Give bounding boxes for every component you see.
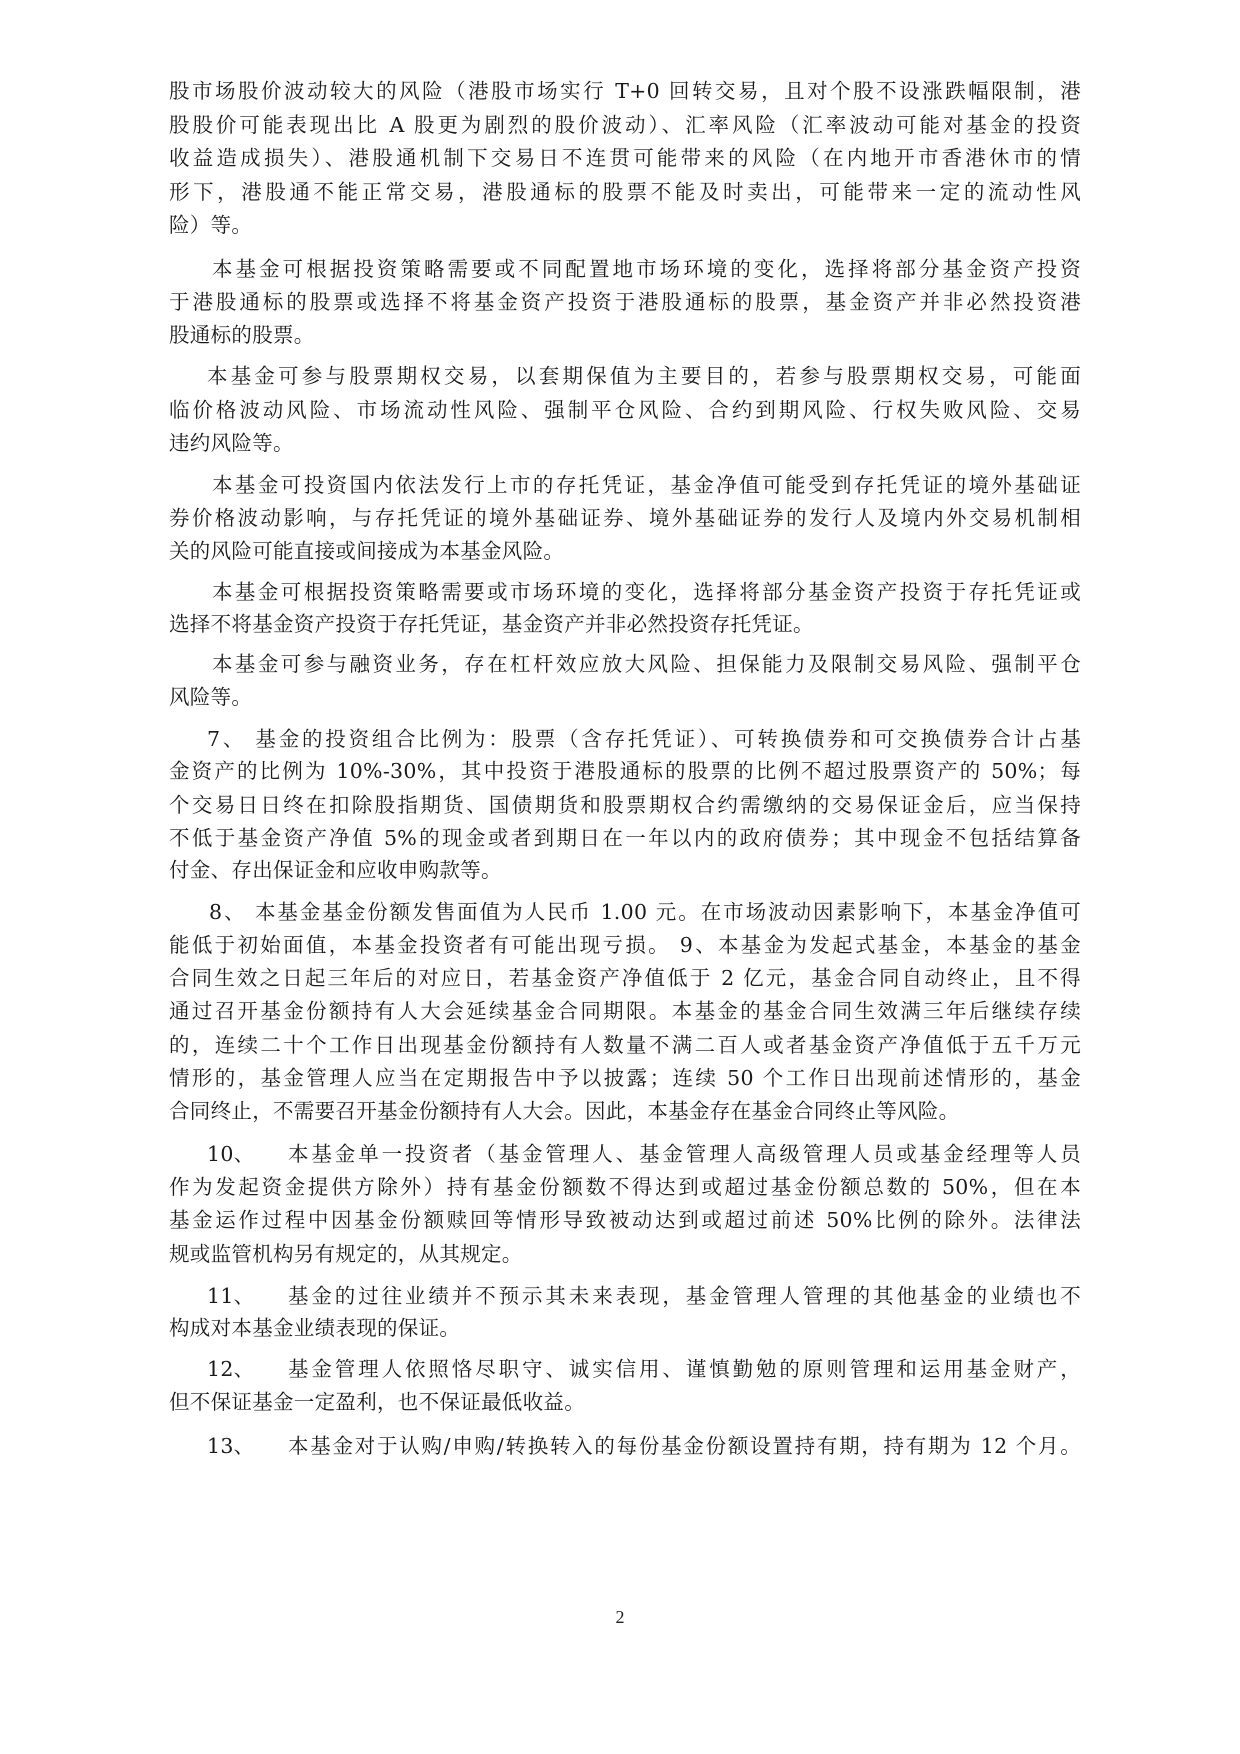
text-line: 临价格波动风险、市场流动性风险、强制平仓风险、合约到期风险、行权失败风险、交易: [169, 395, 1081, 425]
text-line: 股市场股价波动较大的风险（港股市场实行 T+0 回转交易，且对个股不设涨跌幅限制…: [169, 76, 1081, 106]
text-line: 基金的过往业绩并不预示其未来表现，基金管理人管理的其他基金的业绩也不: [288, 1281, 1081, 1311]
text-line: 违约风险等。: [169, 428, 1081, 458]
text-line: 合同生效之日起三年后的对应日，若基金资产净值低于 2 亿元，基金合同自动终止，且…: [169, 963, 1081, 993]
text-line: 本基金可参与股票期权交易，以套期保值为主要目的，若参与股票期权交易，可能面: [207, 361, 1081, 391]
text-line: 收益造成损失）、港股通机制下交易日不连贯可能带来的风险（在内地开市香港休市的情: [169, 143, 1081, 173]
text-line: 形下，港股通不能正常交易，港股通标的股票不能及时卖出，可能带来一定的流动性风: [169, 177, 1081, 207]
text-line: 选择不将基金资产投资于存托凭证，基金资产并非必然投资存托凭证。: [169, 609, 1081, 639]
document-page: 股市场股价波动较大的风险（港股市场实行 T+0 回转交易，且对个股不设涨跌幅限制…: [0, 0, 1240, 1754]
page-number: 2: [0, 1607, 1240, 1628]
text-line: 8、 本基金基金份额发售面值为人民币 1.00 元。在市场波动因素影响下，本基金…: [209, 897, 1081, 927]
text-line: 本基金对于认购/申购/转换转入的每份基金份额设置持有期，持有期为 12 个月。: [288, 1431, 1081, 1461]
text-line: 本基金可参与融资业务，存在杠杆效应放大风险、担保能力及限制交易风险、强制平仓: [212, 649, 1081, 679]
item-number: 13、: [207, 1431, 277, 1461]
text-line: 股通标的股票。: [169, 320, 1081, 350]
text-line: 基金运作过程中因基金份额赎回等情形导致被动达到或超过前述 50%比例的除外。法律…: [169, 1205, 1081, 1235]
text-line: 风险等。: [169, 682, 1081, 712]
text-line: 通过召开基金份额持有人大会延续基金合同期限。本基金的基金合同生效满三年后继续存续: [169, 996, 1081, 1026]
text-line: 基金管理人依照恪尽职守、诚实信用、谨慎勤勉的原则管理和运用基金财产，: [288, 1354, 1081, 1384]
text-line: 券价格波动影响，与存托凭证的境外基础证券、境外基础证券的发行人及境内外交易机制相: [169, 503, 1081, 533]
text-line: 不低于基金资产净值 5%的现金或者到期日在一年以内的政府债券；其中现金不包括结算…: [169, 823, 1081, 853]
text-line: 本基金可根据投资策略需要或不同配置地市场环境的变化，选择将部分基金资产投资: [212, 254, 1081, 284]
text-line: 的，连续二十个工作日出现基金份额持有人数量不满二百人或者基金资产净值低于五千万元: [169, 1030, 1081, 1060]
text-line: 个交易日日终在扣除股指期货、国债期货和股票期权合约需缴纳的交易保证金后，应当保持: [169, 790, 1081, 820]
text-line: 险）等。: [169, 210, 1081, 240]
item-number: 12、: [207, 1354, 277, 1384]
text-line: 但不保证基金一定盈利，也不保证最低收益。: [169, 1387, 1081, 1417]
text-line: 本基金可根据投资策略需要或市场环境的变化，选择将部分基金资产投资于存托凭证或: [212, 577, 1081, 607]
text-line: 金资产的比例为 10%-30%，其中投资于港股通标的股票的比例不超过股票资产的 …: [169, 756, 1081, 786]
text-line: 构成对本基金业绩表现的保证。: [169, 1313, 1081, 1343]
item-number: 11、: [207, 1281, 277, 1311]
text-line: 付金、存出保证金和应收申购款等。: [169, 855, 1081, 885]
item-number: 10、: [207, 1139, 277, 1169]
text-line: 情形的，基金管理人应当在定期报告中予以披露；连续 50 个工作日出现前述情形的，…: [169, 1063, 1081, 1093]
text-line: 于港股通标的股票或选择不将基金资产投资于港股通标的股票，基金资产并非必然投资港: [169, 287, 1081, 317]
text-line: 关的风险可能直接或间接成为本基金风险。: [169, 536, 1081, 566]
text-line: 能低于初始面值，本基金投资者有可能出现亏损。 9、本基金为发起式基金，本基金的基…: [169, 930, 1081, 960]
text-line: 规或监管机构另有规定的，从其规定。: [169, 1239, 1081, 1269]
text-line: 合同终止，不需要召开基金份额持有人大会。因此，本基金存在基金合同终止等风险。: [169, 1096, 1081, 1126]
text-line: 7、 基金的投资组合比例为：股票（含存托凭证）、可转换债券和可交换债券合计占基: [207, 724, 1081, 754]
text-line: 作为发起资金提供方除外）持有基金份额数不得达到或超过基金份额总数的 50%，但在…: [169, 1172, 1081, 1202]
text-line: 股股价可能表现出比 A 股更为剧烈的股价波动）、汇率风险（汇率波动可能对基金的投…: [169, 110, 1081, 140]
text-line: 本基金单一投资者（基金管理人、基金管理人高级管理人员或基金经理等人员: [288, 1139, 1081, 1169]
text-line: 本基金可投资国内依法发行上市的存托凭证，基金净值可能受到存托凭证的境外基础证: [212, 470, 1081, 500]
